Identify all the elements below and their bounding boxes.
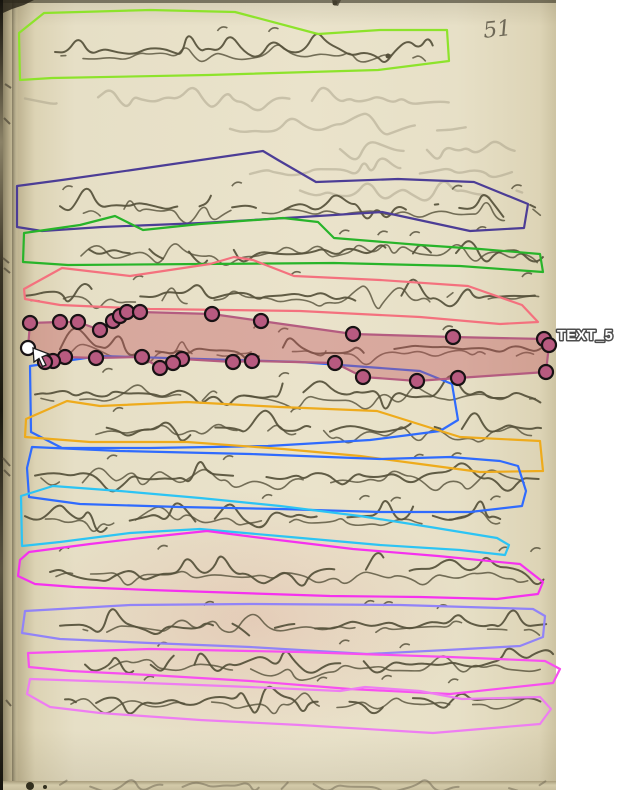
scan-smudge: [332, 0, 341, 6]
vertex-handle[interactable]: [254, 314, 268, 328]
handwriting-stroke: [25, 88, 449, 110]
handwriting-mark: [391, 497, 401, 501]
vertex-handle[interactable]: [346, 327, 360, 341]
handwriting-mark: [223, 456, 233, 460]
gutter-fragment: [3, 258, 9, 263]
handwriting-mark: [360, 496, 370, 500]
handwriting-mark: [448, 679, 458, 683]
handwriting-stroke: [65, 687, 540, 714]
handwriting-stroke: [340, 142, 515, 159]
vertex-handle[interactable]: [23, 316, 37, 330]
handwriting-mark: [217, 27, 227, 31]
vertex-handle[interactable]: [89, 351, 103, 365]
handwriting-stroke: [60, 780, 545, 790]
annotation-canvas: 51 TEXT_5: [0, 0, 618, 790]
handwriting-mark: [317, 677, 327, 681]
handwriting-stroke: [50, 553, 544, 586]
handwriting-mark: [400, 644, 410, 648]
vertex-handle[interactable]: [410, 374, 424, 388]
handwriting-mark: [491, 496, 501, 500]
text-line-polygon-5[interactable]: [25, 401, 543, 472]
scan-smudge: [26, 782, 34, 790]
handwriting-stroke: [230, 114, 466, 134]
text-line-polygon-9[interactable]: [22, 604, 545, 654]
vertex-handle[interactable]: [133, 305, 147, 319]
handwriting-mark: [63, 186, 73, 190]
handwriting-stroke: [83, 201, 540, 223]
handwriting-stroke: [60, 609, 546, 635]
handwriting-mark: [512, 185, 522, 189]
vertex-handle[interactable]: [53, 315, 67, 329]
vertex-handle[interactable]: [539, 365, 553, 379]
gutter-fragment: [4, 118, 10, 124]
handwriting-mark: [378, 231, 388, 235]
handwriting-stroke: [96, 425, 531, 443]
text-line-polygon-11[interactable]: [27, 679, 551, 733]
text-line-polygon-10[interactable]: [28, 649, 560, 694]
handwriting-mark: [279, 373, 289, 377]
handwriting-mark: [144, 676, 154, 680]
handwriting-mark: [269, 28, 279, 32]
vertex-handle[interactable]: [135, 350, 149, 364]
scan-smudge: [3, 0, 34, 13]
gutter-fragment: [4, 470, 10, 476]
handwriting-mark: [291, 408, 301, 412]
gutter-fragment: [5, 84, 11, 88]
handwriting-mark: [339, 640, 349, 644]
handwriting-mark: [158, 546, 168, 550]
vertex-handle[interactable]: [446, 330, 460, 344]
handwriting-mark: [339, 230, 349, 234]
vertex-handle[interactable]: [542, 338, 556, 352]
vertex-handle[interactable]: [93, 323, 107, 337]
page-number: 51: [482, 16, 512, 44]
handwriting-stroke: [31, 286, 539, 308]
handwriting-mark: [107, 455, 117, 459]
handwriting-mark: [103, 369, 113, 373]
region-label: TEXT_5: [557, 328, 613, 344]
vertex-handle[interactable]: [205, 307, 219, 321]
vertex-handle[interactable]: [245, 354, 259, 368]
handwriting-mark: [113, 408, 123, 412]
handwriting-mark: [522, 273, 532, 277]
handwriting-mark: [382, 676, 392, 680]
vertex-handle[interactable]: [356, 370, 370, 384]
annotation-overlay: 51 TEXT_5: [0, 0, 618, 790]
ink-dot: [386, 54, 391, 59]
vertex-handle[interactable]: [451, 371, 465, 385]
handwriting-mark: [410, 232, 420, 236]
gutter-fragment: [3, 458, 10, 466]
scan-smudge: [43, 785, 47, 789]
vertex-handle[interactable]: [166, 356, 180, 370]
handwriting-mark: [531, 548, 541, 552]
handwriting-stroke: [56, 572, 528, 585]
vertex-handle[interactable]: [226, 355, 240, 369]
handwriting-mark: [262, 495, 272, 499]
vertex-handle[interactable]: [153, 361, 167, 375]
vertex-handle[interactable]: [328, 356, 342, 370]
vertex-handle[interactable]: [71, 315, 85, 329]
gutter-fragment: [4, 268, 10, 273]
vertex-handle[interactable]: [120, 305, 134, 319]
handwriting-stroke: [300, 182, 538, 201]
text-line-polygon-8[interactable]: [18, 531, 543, 599]
handwriting-mark: [232, 182, 242, 186]
handwriting-stroke: [107, 411, 541, 441]
handwriting-stroke: [41, 468, 543, 490]
handwriting-mark: [133, 276, 143, 280]
gutter-fragment: [6, 700, 11, 706]
